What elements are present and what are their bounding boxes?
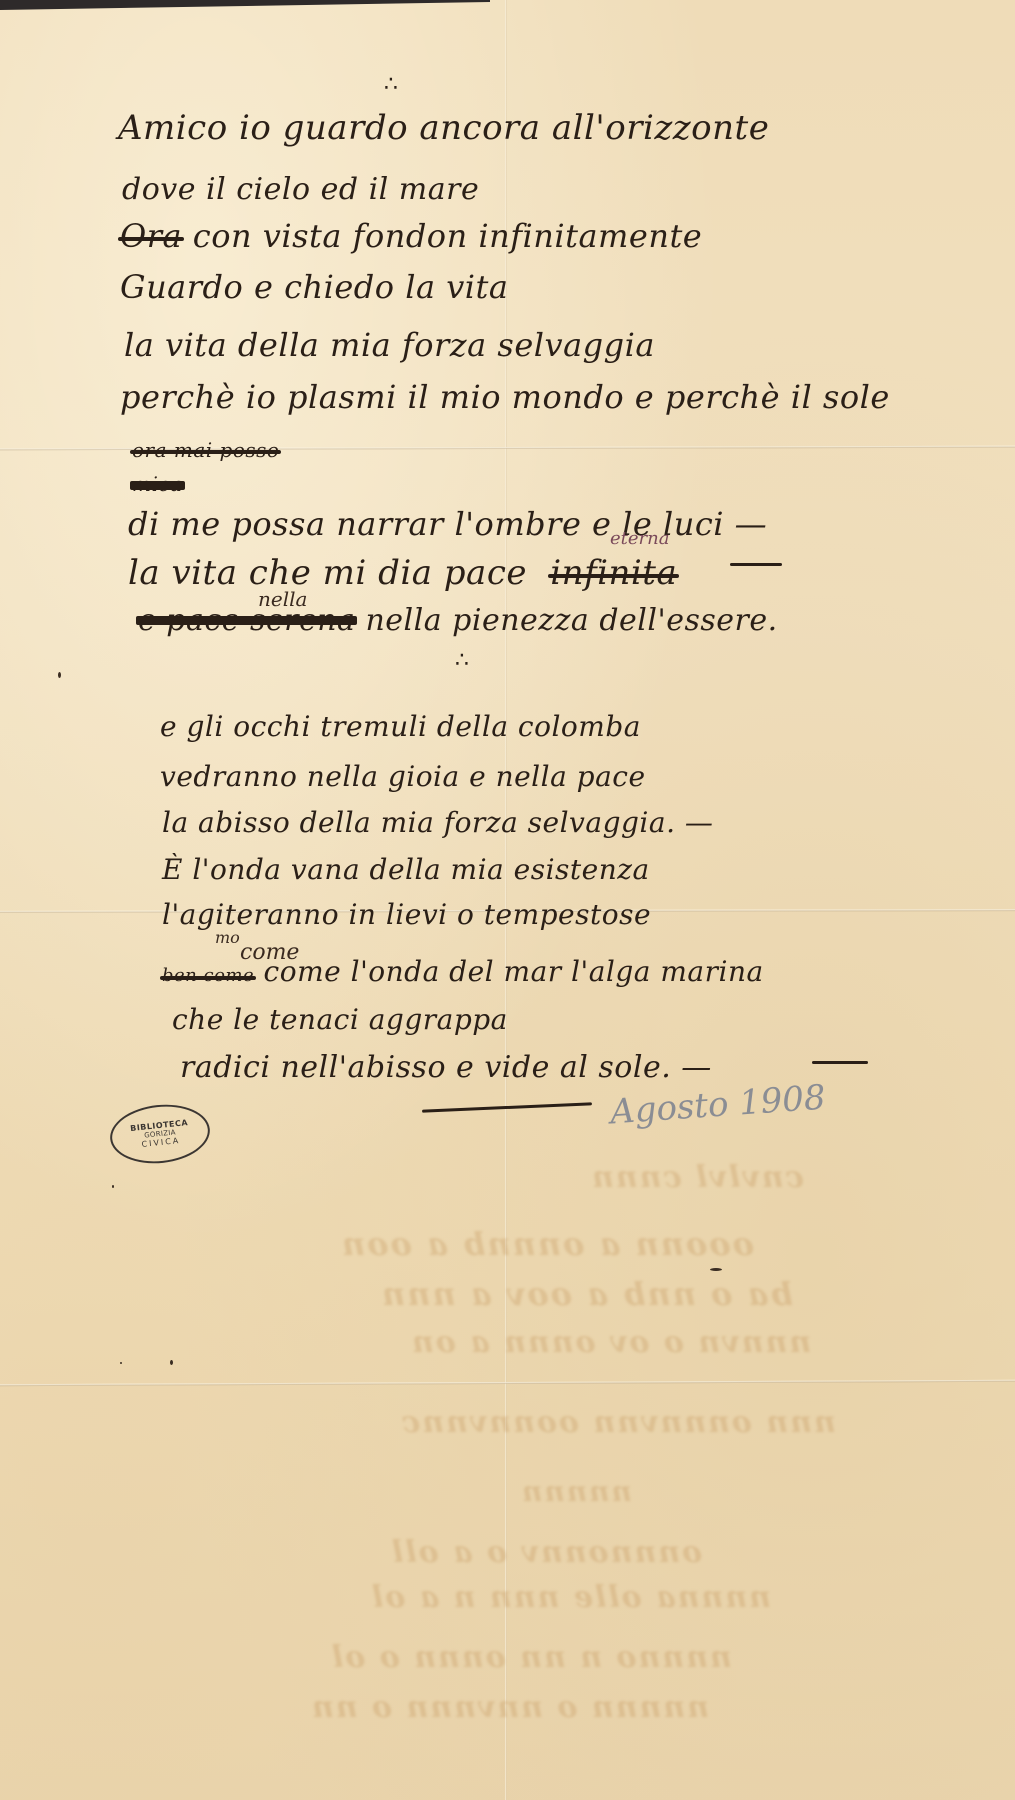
stanza1-line9: di me possa narrar l'ombre e le luci —: [128, 505, 767, 543]
stanza2-line8: radici nell'abisso e vide al sole. —: [180, 1050, 712, 1085]
scan-edge-shadow: [0, 0, 490, 10]
stanza2-line1: e gli occhi tremuli della colomba: [160, 710, 641, 743]
bleed-through-texture: ooonn a onnnb a oon: [340, 1225, 754, 1263]
line-dash: [730, 563, 782, 566]
stanza2-line3: la abisso della mia forza selvaggia. —: [162, 806, 713, 839]
struck-text: ben come: [162, 965, 254, 986]
struck-word: Ora: [120, 217, 182, 255]
bleed-through-texture: nnnnn o nnvnnn o nn: [310, 1690, 709, 1725]
bleed-through-texture: ba o nnb a oov a nnn: [380, 1275, 793, 1313]
line-text: con vista fondon infinitamente: [193, 217, 702, 255]
line-text: come l'onda del mar l'alga marina: [264, 955, 764, 988]
horizontal-fold-line-3: [0, 1380, 1015, 1386]
stanza1-line1: Amico io guardo ancora all'orizzonte: [118, 108, 769, 148]
ink-speck: [58, 672, 61, 678]
struck-line-2: mica: [132, 472, 183, 496]
stanza1-line5: la vita della mia forza selvaggia: [124, 326, 655, 364]
ink-speck: [112, 1185, 114, 1188]
stanza1-line2: dove il cielo ed il mare: [122, 172, 479, 207]
struck-word: infinita: [550, 553, 677, 593]
insertion-mo: mo: [215, 928, 240, 947]
stanza-mark-1: ∴: [384, 72, 396, 97]
struck-text: ora mai posso: [132, 438, 279, 462]
struck-text: e pace serena: [138, 603, 355, 638]
stanza2-line2: vedranno nella gioia e nella pace: [160, 760, 646, 793]
insertion-eterna: eterna: [610, 528, 669, 549]
line-text: la vita che mi dia pace: [128, 553, 527, 593]
stanza1-line3: Ora con vista fondon infinitamente: [120, 217, 702, 255]
stanza2-line6: ben come come l'onda del mar l'alga mari…: [162, 955, 764, 988]
stanza1-line4: Guardo e chiedo la vita: [120, 268, 508, 306]
bleed-through-texture: nnnnn: [520, 1475, 632, 1508]
manuscript-page: cnvlvl cnnn ooonn a onnnb a oon ba o nnb…: [0, 0, 1015, 1800]
bleed-through-texture: nnn onnnvnn oonnvnnc: [400, 1405, 836, 1440]
stanza1-line11: e pace serena nella pienezza dell'essere…: [138, 603, 778, 638]
struck-line-1: ora mai posso: [132, 438, 279, 462]
ink-speck: [120, 1362, 122, 1364]
stanza1-line6: perchè io plasmi il mio mondo e perchè i…: [120, 378, 890, 416]
library-stamp: BIBLIOTECA GORIZIA CIVICA: [107, 1100, 213, 1168]
stanza2-line7: che le tenaci aggrappa: [172, 1003, 508, 1036]
stanza-mark-2: ∴: [455, 648, 467, 673]
pencil-date-signature: Agosto 1908: [609, 1078, 827, 1133]
ink-speck: [710, 1268, 722, 1271]
bleed-through-texture: cnvlvl cnnn: [590, 1160, 804, 1195]
closing-rule: [422, 1102, 592, 1112]
stanza2-line5: l'agiteranno in lievi o tempestose: [162, 898, 651, 931]
struck-text: mica: [132, 472, 183, 496]
stanza2-line4: È l'onda vana della mia esistenza: [162, 853, 650, 886]
bleed-through-texture: nnnvn o ov onnn a on: [410, 1325, 811, 1360]
ink-speck: [170, 1360, 173, 1365]
stanza1-line10: la vita che mi dia pace infinita: [128, 553, 677, 593]
line-text: nella pienezza dell'essere.: [365, 603, 777, 638]
line-dash: [812, 1061, 868, 1064]
bleed-through-texture: onnnonnv o a oll: [390, 1535, 702, 1570]
bleed-through-texture: nnnna olle nnn n a ol: [370, 1580, 771, 1615]
bleed-through-texture: nnnno n nn onnn o ol: [330, 1640, 732, 1675]
